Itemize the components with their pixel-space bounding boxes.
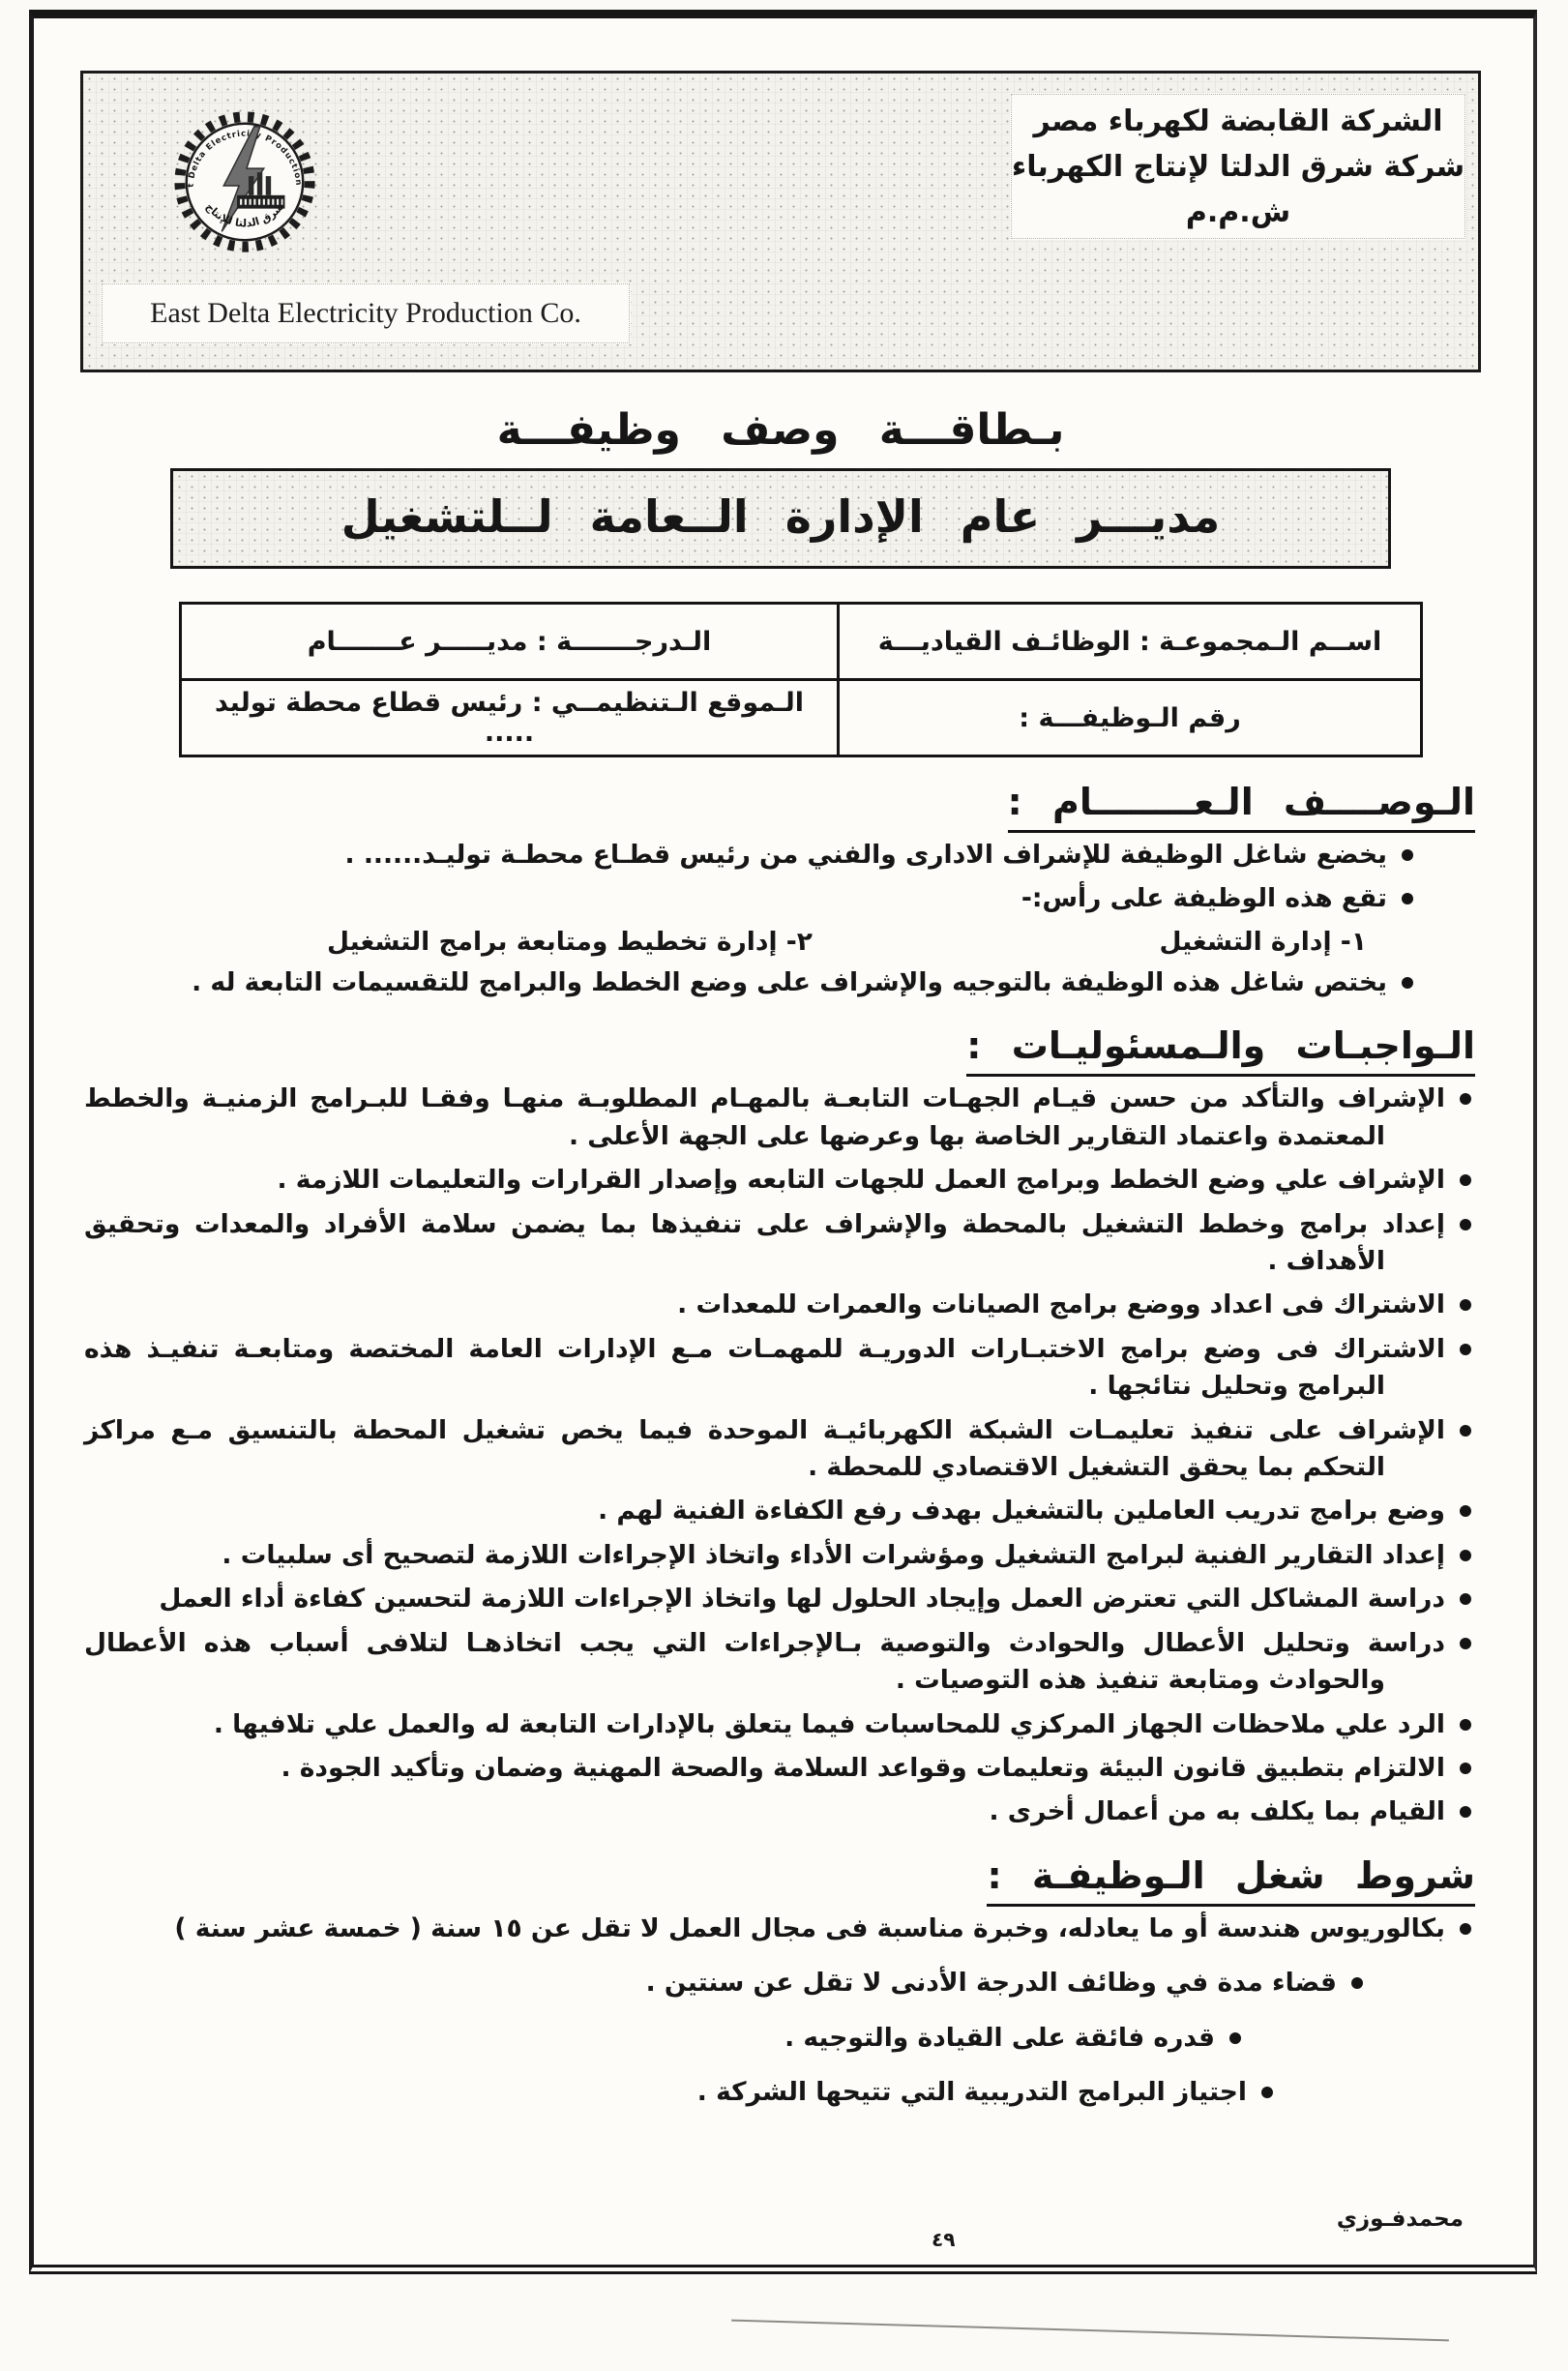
org-position-cell: الـموقع الـتنظيمــي : رئيس قطاع محطة تول…: [181, 680, 839, 756]
job-number-cell: رقم الـوظيفـــة :: [839, 680, 1422, 756]
list-item: وضع برامج تدريب العاملين بالتشغيل بهدف ر…: [80, 1493, 1471, 1529]
org-position-value: رئيس قطاع محطة توليد .....: [215, 688, 534, 748]
org-position-label: الـموقع الـتنظيمــي :: [532, 688, 804, 718]
bullet-icon: [1460, 1425, 1471, 1437]
table-row: اســم الـمجموعـة : الوظائـف القياديـــة …: [181, 604, 1422, 680]
list-item: الاشتراك فى وضع برامج الاختبـارات الدوري…: [80, 1331, 1471, 1406]
list-item: يخضع شاغل الوظيفة للإشراف الادارى والفني…: [80, 837, 1413, 874]
table-row: رقم الـوظيفـــة : الـموقع الـتنظيمــي : …: [181, 680, 1422, 756]
list-item: الرد علي ملاحظات الجهاز المركزي للمحاسبا…: [80, 1706, 1471, 1743]
bullet-icon: [1460, 1719, 1471, 1731]
group-cell: اســم الـمجموعـة : الوظائـف القياديـــة: [839, 604, 1422, 680]
grade-cell: الـدرجـــــــة : مديـــــر عـــــــام: [181, 604, 839, 680]
list-item: قدره فائقة على القيادة والتوجيه .: [80, 2020, 1241, 2057]
bullet-icon: [1460, 1299, 1471, 1311]
page-content: East Delta Electricity Production co. شر…: [34, 18, 1533, 2265]
general-description-heading: الـوصــــف الـعــــــــام :: [80, 781, 1475, 823]
bullet-icon: [1402, 977, 1413, 989]
list-item: اجتياز البرامج التدريبية التي تتيحها الش…: [80, 2074, 1273, 2111]
company-name-arabic: الشركة القابضة لكهرباء مصر شركة شرق الدل…: [1010, 93, 1466, 240]
page-number: ٤٩: [932, 2228, 955, 2251]
grade-value: مديـــــر عـــــــام: [308, 627, 528, 657]
list-item: القيام بما يكلف به من أعمال أخرى .: [80, 1793, 1471, 1830]
list-item: قضاء مدة في وظائف الدرجة الأدنى لا تقل ع…: [80, 1965, 1363, 2001]
bullet-icon: [1460, 1344, 1471, 1355]
list-item: الإشراف على تنفيذ تعليمـات الشبكة الكهرب…: [80, 1412, 1471, 1487]
list-item: دراسة المشاكل التي تعترض العمل وإيجاد ال…: [80, 1581, 1471, 1617]
numbered-item-2: ٢- إدارة تخطيط ومتابعة برامج التشغيل: [327, 927, 813, 957]
list-item: إعداد التقارير الفنية لبرامج التشغيل ومؤ…: [80, 1537, 1471, 1574]
list-item: إعداد برامج وخطط التشغيل بالمحطة والإشرا…: [80, 1206, 1471, 1281]
conditions-heading: شروط شغل الـوظيفـة :: [80, 1854, 1475, 1897]
supervised-departments-row: ١- إدارة التشغيل ٢- إدارة تخطيط ومتابعة …: [80, 925, 1481, 964]
bullet-icon: [1402, 849, 1413, 861]
company-ar-line1: الشركة القابضة لكهرباء مصر: [1034, 99, 1443, 144]
group-value: الوظائـف القياديـــة: [878, 627, 1131, 657]
company-ar-line3: ش.م.م: [1186, 190, 1290, 235]
bullet-icon: [1460, 1806, 1471, 1818]
list-item: بكالوريوس هندسة أو ما يعادله، وخبرة مناس…: [80, 1911, 1471, 1947]
general-description-list-after: يختص شاغل هذه الوظيفة بالتوجيه والإشراف …: [80, 964, 1413, 1001]
group-label: اســم الـمجموعـة :: [1139, 627, 1381, 657]
bullet-icon: [1460, 1593, 1471, 1605]
duties-heading: الـواجبـات والـمسئوليـات :: [80, 1024, 1475, 1067]
document-page: East Delta Electricity Production co. شر…: [29, 10, 1537, 2274]
bullet-icon: [1402, 893, 1413, 904]
bullet-icon: [1351, 1977, 1363, 1989]
bullet-icon: [1229, 2032, 1241, 2044]
bullet-icon: [1460, 1638, 1471, 1649]
list-item: تقع هذه الوظيفة على رأس:-: [80, 880, 1413, 917]
list-item: الاشتراك فى اعداد ووضع برامج الصيانات وا…: [80, 1287, 1471, 1323]
bullet-icon: [1460, 1505, 1471, 1517]
document-title: بـطاقـــة وصف وظيفـــة: [80, 405, 1481, 455]
list-item: الالتزام بتطبيق قانون البيئة وتعليمات وق…: [80, 1750, 1471, 1787]
list-item: يختص شاغل هذه الوظيفة بالتوجيه والإشراف …: [80, 964, 1413, 1001]
company-logo: East Delta Electricity Production co. شر…: [168, 105, 321, 258]
author-name: محمدفـوزي: [1337, 2207, 1464, 2232]
list-item: الإشراف والتأكد من حسن قيـام الجهـات الت…: [80, 1081, 1471, 1155]
job-number-label: رقم الـوظيفـــة :: [1019, 703, 1241, 733]
bullet-icon: [1460, 1923, 1471, 1935]
company-ar-line2: شركة شرق الدلتا لإنتاج الكهرباء: [1012, 144, 1464, 190]
bullet-icon: [1460, 1550, 1471, 1561]
general-description-list: يخضع شاغل الوظيفة للإشراف الادارى والفني…: [80, 837, 1413, 918]
bullet-icon: [1460, 1174, 1471, 1186]
letterhead: East Delta Electricity Production co. شر…: [80, 71, 1481, 372]
list-item: دراسة وتحليل الأعطال والحوادث والتوصية ب…: [80, 1625, 1471, 1700]
bullet-icon: [1261, 2087, 1273, 2098]
job-title-box: مديـــر عام الإدارة الــعامة لــلتشغيل: [170, 468, 1391, 569]
job-info-table: اســم الـمجموعـة : الوظائـف القياديـــة …: [179, 602, 1423, 757]
bullet-icon: [1460, 1219, 1471, 1230]
bullet-icon: [1460, 1763, 1471, 1774]
company-name-english: East Delta Electricity Production Co.: [101, 282, 631, 344]
list-item: الإشراف علي وضع الخطط وبرامج العمل للجها…: [80, 1162, 1471, 1199]
duties-list: الإشراف والتأكد من حسن قيـام الجهـات الت…: [80, 1081, 1471, 1831]
numbered-item-1: ١- إدارة التشغيل: [1159, 927, 1367, 957]
grade-label: الـدرجـــــــة :: [537, 627, 711, 657]
bullet-icon: [1460, 1093, 1471, 1105]
scan-artifact-line: [731, 2320, 1449, 2342]
conditions-list: بكالوريوس هندسة أو ما يعادله، وخبرة مناس…: [80, 1911, 1471, 2112]
